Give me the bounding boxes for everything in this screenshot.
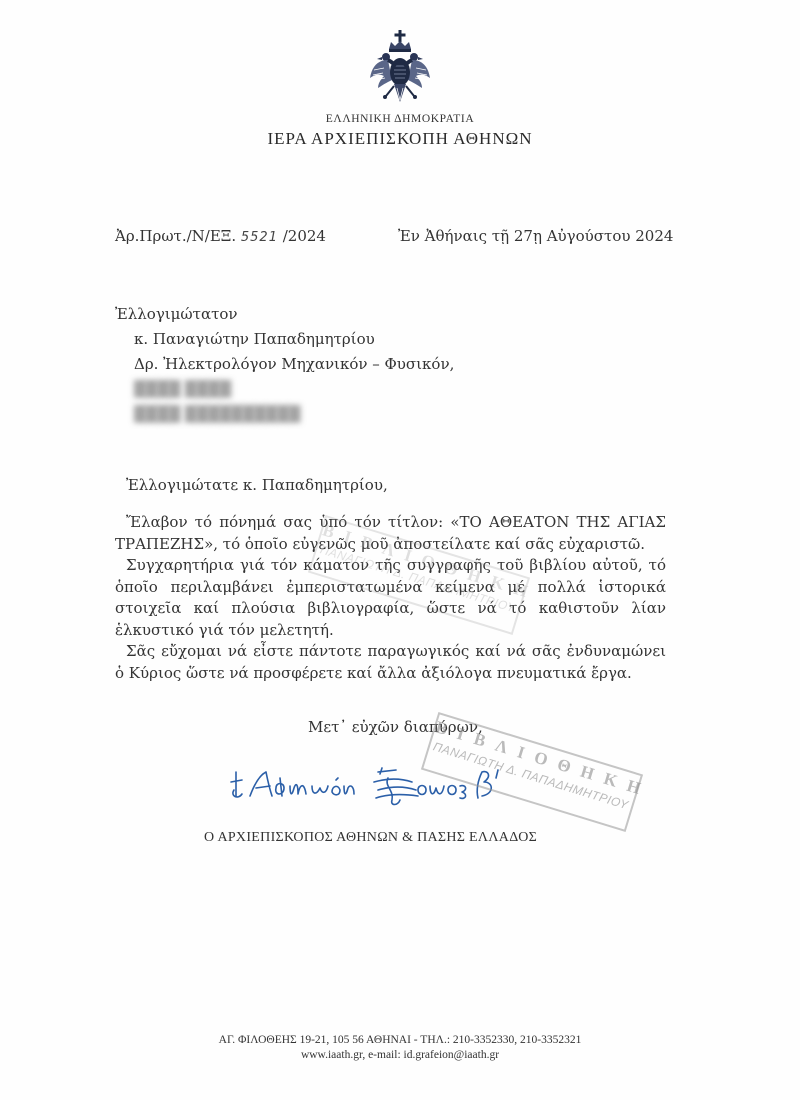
salutation: Ἐλλογιμώτατε κ. Παπαδημητρίου, [126,476,388,494]
protocol-suffix: /2024 [278,227,326,245]
double-headed-eagle-icon [368,30,432,106]
recipient-block: Ἐλλογιμώτατον κ. Παναγιώτην Παπαδημητρίο… [115,302,454,427]
body-paragraph: Σᾶς εὔχομαι νά εἶστε πάντοτε παραγωγικός… [115,641,666,684]
protocol-prefix: Ἀρ.Πρωτ./Ν/ΕΞ. [115,227,241,245]
protocol-number: Ἀρ.Πρωτ./Ν/ΕΞ. 5521 /2024 [115,227,326,245]
body-paragraph: Ἔλαβον τό πόνημά σας ὑπό τόν τίτλον: «ΤΟ… [115,512,666,555]
signer-title: Ο ΑΡΧΙΕΠΙΣΚΟΠΟΣ ΑΘΗΝΩΝ & ΠΑΣΗΣ ΕΛΛΑΔΟΣ [204,830,537,846]
recipient-name: κ. Παναγιώτην Παπαδημητρίου [115,327,454,352]
date-line: Ἐν Ἀθήναις τῇ 27ῃ Αὐγούστου 2024 [398,227,673,245]
recipient-title: Δρ. Ἠλεκτρολόγον Μηχανικόν – Φυσικόν, [115,352,454,377]
recipient-honorific: Ἐλλογιμώτατον [115,305,238,323]
footer-contact: www.iaath.gr, e-mail: id.grafeion@iaath.… [0,1048,800,1063]
body-paragraph: Συγχαρητήρια γιά τόν κάματον τῆς συγγραφ… [115,555,666,641]
letterhead-state: ΕΛΛΗΝΙΚΗ ΔΗΜΟΚΡΑΤΙΑ [0,113,800,125]
protocol-handwritten-number: 5521 [241,230,278,245]
redacted-address-line-1: ████ ████ [115,377,454,402]
footer: ΑΓ. ΦΙΛΟΘΕΗΣ 19-21, 105 56 ΑΘΗΝΑΙ - ΤΗΛ.… [0,1033,800,1063]
letter-page: ΕΛΛΗΝΙΚΗ ΔΗΜΟΚΡΑΤΙΑ ΙΕΡΑ ΑΡΧΙΕΠΙΣΚΟΠΗ ΑΘ… [0,0,800,1100]
signature [228,760,588,810]
footer-address: ΑΓ. ΦΙΛΟΘΕΗΣ 19-21, 105 56 ΑΘΗΝΑΙ - ΤΗΛ.… [0,1033,800,1048]
letter-body: Ἔλαβον τό πόνημά σας ὑπό τόν τίτλον: «ΤΟ… [115,512,666,684]
letterhead-archdiocese: ΙΕΡΑ ΑΡΧΙΕΠΙΣΚΟΠΗ ΑΘΗΝΩΝ [0,129,800,149]
redacted-address-line-2: ████ ██████████ [115,402,454,427]
closing-greeting: Μετ᾽ εὐχῶν διαπύρων, [308,718,483,736]
